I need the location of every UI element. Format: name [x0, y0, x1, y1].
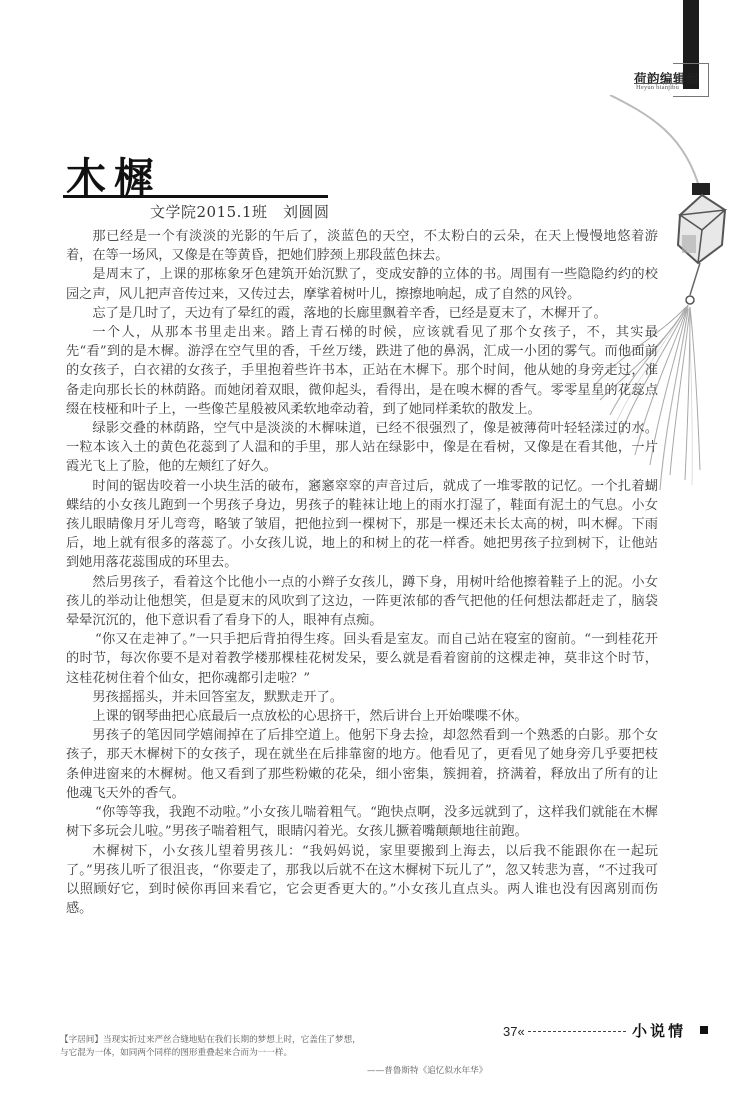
- black-square-icon: [700, 1026, 708, 1034]
- article-body: 那已经是一个有淡淡的光影的午后了，淡蓝色的天空，不太粉白的云朵，在天上慢慢地悠着…: [66, 227, 658, 918]
- paragraph: 绿影交叠的林荫路，空气中是淡淡的木樨味道，已经不很强烈了，像是被薄荷叶轻轻漾过的…: [66, 419, 658, 477]
- department-pinyin: Heyun bianjibu: [636, 84, 679, 91]
- paragraph: 上课的钢琴曲把心底最后一点放松的心思挤干，然后讲台上开始喋喋不休。: [66, 707, 658, 726]
- quote-line-1: 【字居间】当现实折过来严丝合缝地贴在我们长期的梦想上时，它盖住了梦想，: [60, 1034, 490, 1047]
- quote-source: ——普鲁斯特《追忆似水年华》: [367, 1064, 487, 1076]
- paragraph: 那已经是一个有淡淡的光影的午后了，淡蓝色的天空，不太粉白的云朵，在天上慢慢地悠着…: [66, 227, 658, 265]
- paragraph: 男孩摇摇头，并未回答室友，默默走开了。: [66, 688, 658, 707]
- paragraph: 一个人，从那本书里走出来。踏上青石梯的时候，应该就看见了那个女孩子，不，其实最先…: [66, 323, 658, 419]
- quote-text-1: 当现实折过来严丝合缝地贴在我们长期的梦想上时，它盖住了梦想，: [103, 1035, 361, 1045]
- footer-quote: 【字居间】当现实折过来严丝合缝地贴在我们长期的梦想上时，它盖住了梦想， 与它混为…: [60, 1034, 490, 1060]
- paragraph: 时间的锯齿咬着一小块生活的破布，窸窸窣窣的声音过后，就成了一堆零散的记忆。一个扎…: [66, 477, 658, 573]
- quote-label: 【字居间】: [60, 1035, 103, 1045]
- quote-text-2: 与它混为一体，如同两个同样的图形重叠起来合而为一一样。: [60, 1047, 490, 1060]
- paragraph: “你又在走神了。”一只手把后背拍得生疼。回头看是室友。而自己站在寝室的窗前。“一…: [66, 630, 658, 688]
- paragraph: 是周末了，上课的那栋象牙色建筑开始沉默了，变成安静的立体的书。周围有一些隐隐约约…: [66, 265, 658, 303]
- paragraph: 男孩子的笔因同学嬉闹掉在了后排空道上。他躬下身去捡，却忽然看到一个熟悉的白影。那…: [66, 726, 658, 803]
- author-byline: 文学院2015.1班 刘圆圆: [150, 201, 330, 222]
- title-underline: [63, 195, 328, 198]
- paragraph: 木樨树下，小女孩儿望着男孩儿：“我妈妈说，家里要搬到上海去，以后我不能跟你在一起…: [66, 842, 658, 919]
- page-number: 37«: [503, 1024, 525, 1039]
- paragraph: “你等等我，我跑不动啦。”小女孩儿喘着粗气。“跑快点啊，没多远就到了，这样我们就…: [66, 803, 658, 841]
- paragraph: 忘了是几时了，天边有了晕红的霞，落地的长廊里飘着辛香，已经是夏末了，木樨开了。: [66, 304, 658, 323]
- section-name: 小说情: [632, 1020, 686, 1041]
- dashed-divider: [528, 1031, 626, 1032]
- paragraph: 然后男孩子，看着这个比他小一点的小辫子女孩儿，蹲下身，用树叶给他擦着鞋子上的泥。…: [66, 573, 658, 631]
